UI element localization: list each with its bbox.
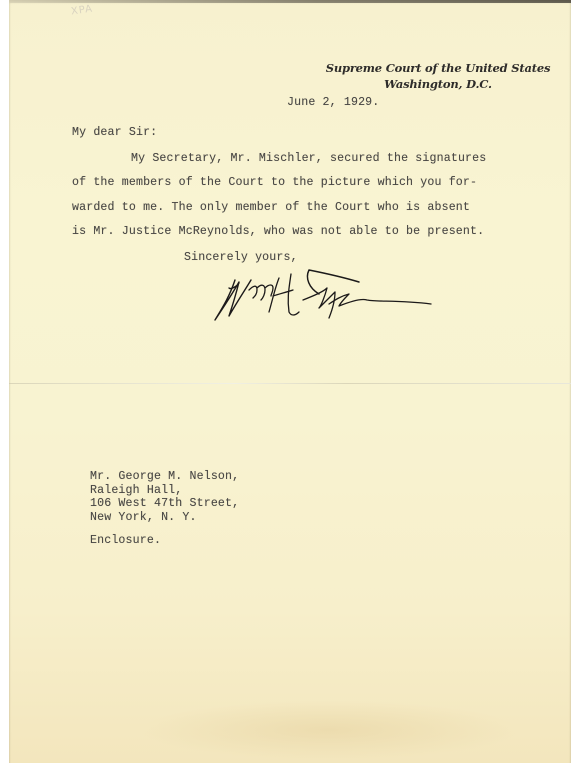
body-line: is Mr. Justice McReynolds, who was not a… <box>72 225 484 238</box>
signature-icon <box>209 268 439 338</box>
recipient-name: Mr. George M. Nelson, <box>90 470 239 484</box>
pencil-mark: XPA <box>70 4 93 18</box>
body-line: of the members of the Court to the pictu… <box>72 176 477 189</box>
letter-paper: XPA Supreme Court of the United States W… <box>9 0 571 763</box>
recipient-address-line: New York, N. Y. <box>90 511 197 525</box>
scan-top-edge-shadow <box>9 0 571 3</box>
paper-stain <box>139 700 519 760</box>
body-line: warded to me. The only member of the Cou… <box>72 201 470 214</box>
letterhead-title: Supreme Court of the United States <box>157 63 576 75</box>
salutation: My dear Sir: <box>72 126 157 139</box>
recipient-address-line: Raleigh Hall, <box>90 484 182 498</box>
body-line: My Secretary, Mr. Mischler, secured the … <box>131 152 486 165</box>
fold-line <box>9 383 571 384</box>
scanned-letter: XPA Supreme Court of the United States W… <box>0 0 576 777</box>
closing: Sincerely yours, <box>184 251 298 264</box>
letter-date: June 2, 1929. <box>287 96 379 109</box>
recipient-address-line: 106 West 47th Street, <box>90 497 239 511</box>
enclosure-note: Enclosure. <box>90 534 161 547</box>
letterhead-location: Washington, D.C. <box>157 79 576 91</box>
